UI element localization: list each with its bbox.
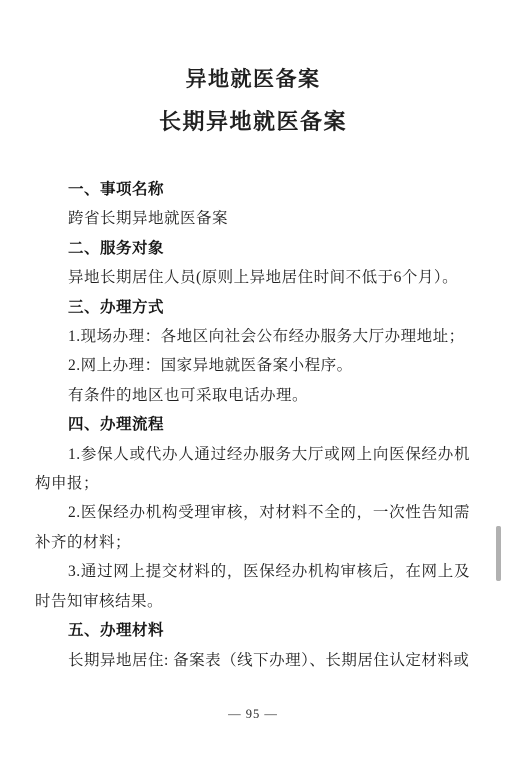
paragraph: 异地长期居住人员(原则上异地居住时间不低于6个月）。: [35, 263, 470, 292]
section-heading-4: 四、办理流程: [35, 410, 470, 439]
document-subtitle: 长期异地就医备案: [0, 106, 506, 138]
scrollbar-thumb[interactable]: [496, 526, 501, 581]
document-title: 异地就医备案: [0, 64, 506, 94]
paragraph: 长期异地居住: 备案表（线下办理）、长期居住认定材料或: [35, 646, 470, 675]
paragraph: 2.医保经办机构受理审核，对材料不全的，一次性告知需补齐的材料；: [35, 498, 470, 557]
document-body: 一、事项名称跨省长期异地就医备案二、服务对象异地长期居住人员(原则上异地居住时间…: [35, 175, 470, 675]
section-heading-5: 五、办理材料: [35, 616, 470, 645]
page-number: — 95 —: [0, 707, 506, 722]
section-heading-1: 一、事项名称: [35, 175, 470, 204]
section-heading-3: 三、办理方式: [35, 293, 470, 322]
paragraph: 1.参保人或代办人通过经办服务大厅或网上向医保经办机构申报；: [35, 440, 470, 499]
paragraph: 3.通过网上提交材料的，医保经办机构审核后，在网上及时告知审核结果。: [35, 557, 470, 616]
paragraph: 跨省长期异地就医备案: [35, 204, 470, 233]
document-page: 异地就医备案 长期异地就医备案 一、事项名称跨省长期异地就医备案二、服务对象异地…: [0, 0, 506, 768]
paragraph: 2.网上办理：国家异地就医备案小程序。: [35, 351, 470, 380]
section-heading-2: 二、服务对象: [35, 234, 470, 263]
paragraph: 有条件的地区也可采取电话办理。: [35, 381, 470, 410]
paragraph: 1.现场办理：各地区向社会公布经办服务大厅办理地址；: [35, 322, 470, 351]
